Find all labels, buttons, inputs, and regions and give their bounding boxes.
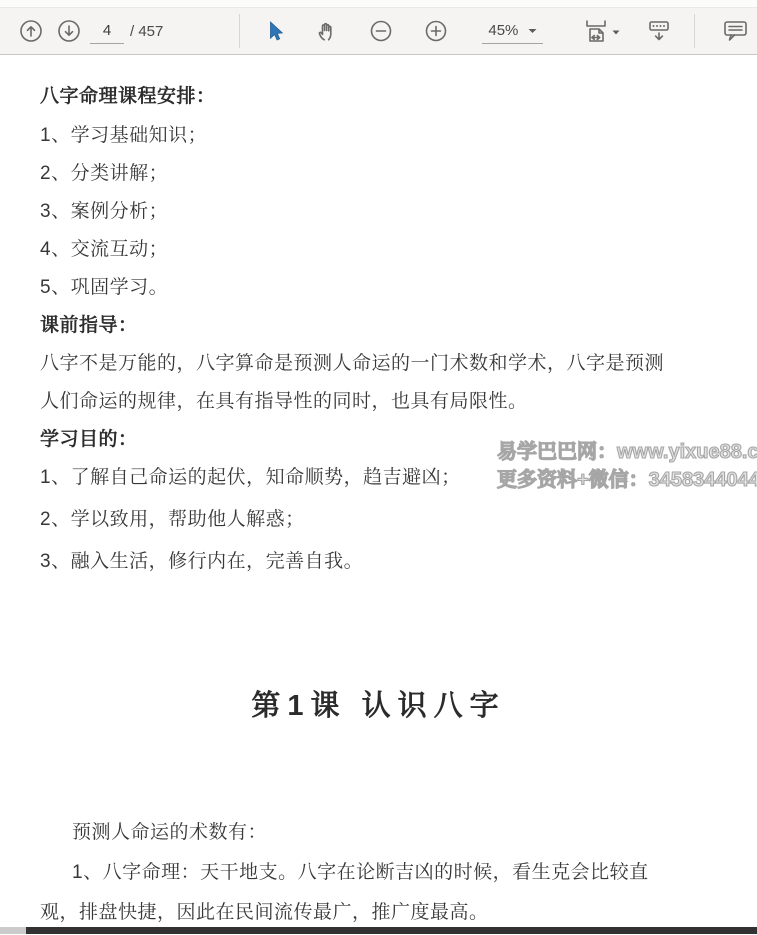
course-item: 5、巩固学习。 [40,272,168,299]
hand-tool-button[interactable] [314,18,340,44]
course-item: 4、交流互动； [40,234,168,261]
page-bottom-edge-light [0,927,26,934]
hand-icon [315,19,339,43]
caret-down-icon [528,21,537,39]
intro-line: 预测人命运的术数有： [72,817,267,844]
zoom-level-value: 45% [488,22,518,39]
comments-button[interactable] [723,18,749,44]
fit-width-button[interactable] [583,18,609,44]
hide-toolbar-button[interactable] [646,18,672,44]
speech-bubble-icon [723,18,749,44]
pointer-arrow-icon [263,19,287,43]
zoom-out-button[interactable] [368,18,394,44]
lesson-title: 第1课 认识八字 [0,683,757,724]
pdf-toolbar: / 457 45% [0,8,757,55]
circle-minus-icon [369,19,393,43]
circle-plus-icon [424,19,448,43]
pre-class-text-line: 人们命运的规律，在具有指导性的同时，也具有局限性。 [40,386,528,413]
body-line: 观，排盘快捷，因此在民间流传最广，推广度最高。 [40,897,489,924]
heading-purpose: 学习目的： [40,424,138,451]
watermark: 易学巴巴网：www.yixue88.cn 更多资料+微信：3458344044 [497,438,757,494]
circle-arrow-down-icon [57,19,81,43]
course-item: 1、学习基础知识； [40,120,207,147]
window-top-strip [0,0,757,8]
select-tool-button[interactable] [262,18,288,44]
fit-width-caret-icon[interactable] [612,22,620,40]
page-bottom-edge-dark [26,927,757,934]
toolbar-collapse-icon [646,18,672,44]
circle-arrow-up-icon [19,19,43,43]
course-item: 2、分类讲解； [40,158,168,185]
toolbar-divider [694,14,695,48]
purpose-item: 3、融入生活，修行内在，完善自我。 [40,546,363,573]
pre-class-text-line: 八字不是万能的，八字算命是预测人命运的一门术数和学术，八字是预测 [40,348,664,375]
watermark-line: 易学巴巴网：www.yixue88.cn [497,438,757,466]
heading-course-plan: 八字命理课程安排： [40,81,216,108]
zoom-level-combobox[interactable]: 45% [482,18,543,44]
fit-width-icon [583,18,609,44]
purpose-item: 2、学以致用，帮助他人解惑； [40,504,305,531]
course-item: 3、案例分析； [40,196,168,223]
page-number-input[interactable] [90,19,124,44]
zoom-in-button[interactable] [423,18,449,44]
document-canvas[interactable]: 八字命理课程安排： 1、学习基础知识； 2、分类讲解； 3、案例分析； 4、交流… [0,55,757,934]
purpose-item: 1、了解自己命运的起伏，知命顺势，趋吉避凶； [40,462,461,489]
page-count-label: / 457 [130,23,163,40]
toolbar-divider [239,14,240,48]
body-line: 1、八字命理：天干地支。八字在论断吉凶的时候，看生克会比较直 [72,857,649,884]
next-page-button[interactable] [56,18,82,44]
previous-page-button[interactable] [18,18,44,44]
heading-pre-class: 课前指导： [40,310,138,337]
watermark-line: 更多资料+微信：3458344044 [497,466,757,494]
